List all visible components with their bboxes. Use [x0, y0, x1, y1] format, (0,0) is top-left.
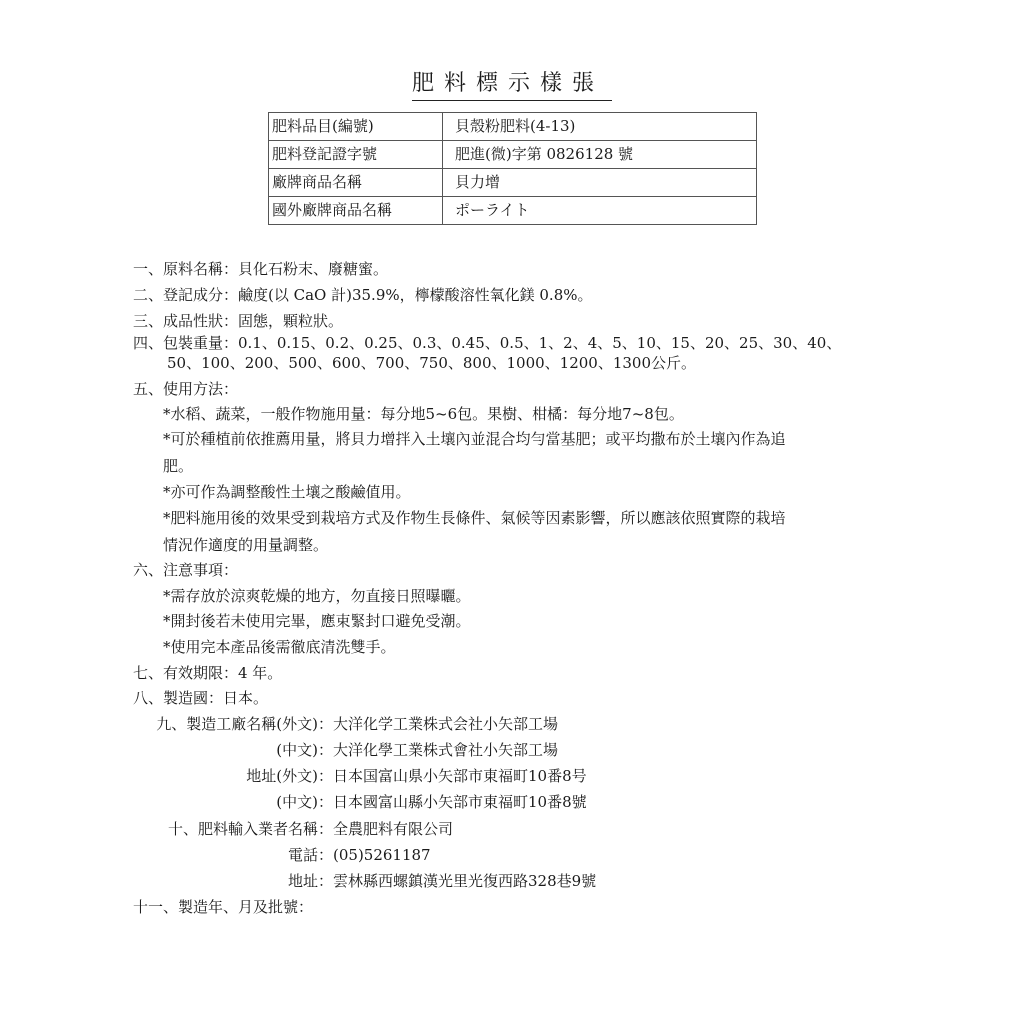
- table-row: 廠牌商品名稱 貝力增: [269, 169, 757, 197]
- table-label: 肥料品目(編號): [269, 113, 443, 141]
- manufacture-date-batch: 十一、製造年、月及批號：: [133, 897, 313, 917]
- package-weights-cont: 50、100、200、500、600、700、750、800、1000、1200…: [167, 353, 696, 373]
- shelf-life: 七、有效期限：4 年。: [133, 663, 282, 683]
- manufacturer-foreign-value: ：大洋化学工業株式会社小矢部工場: [318, 714, 558, 734]
- address-chinese-label: (中文): [133, 792, 318, 812]
- importer-value: ：全農肥料有限公司: [318, 819, 453, 839]
- address-chinese-value: ：日本國富山縣小矢部市東福町10番8號: [318, 792, 587, 812]
- country-of-manufacture: 八、製造國：日本。: [133, 688, 268, 708]
- table-label: 國外廠牌商品名稱: [269, 197, 443, 225]
- manufacturer-foreign-label: 九、製造工廠名稱(外文): [133, 714, 318, 734]
- precautions-heading: 六、注意事項：: [133, 560, 238, 580]
- usage-item: *肥料施用後的效果受到栽培方式及作物生長條件、氣候等因素影響，所以應該依照實際的…: [163, 508, 786, 528]
- product-info-table: 肥料品目(編號) 貝殼粉肥料(4-13) 肥料登記證字號 肥進(微)字第 082…: [268, 112, 757, 225]
- usage-item-cont: 肥。: [163, 456, 193, 476]
- table-row: 肥料品目(編號) 貝殼粉肥料(4-13): [269, 113, 757, 141]
- package-weights: 四、包裝重量：0.1、0.15、0.2、0.25、0.3、0.45、0.5、1、…: [133, 333, 841, 353]
- table-row: 肥料登記證字號 肥進(微)字第 0826128 號: [269, 141, 757, 169]
- importer-label: 十、肥料輸入業者名稱: [133, 819, 318, 839]
- page-title: 肥料標示樣張: [412, 72, 612, 101]
- table-value: 貝力增: [443, 169, 757, 197]
- usage-item: *亦可作為調整酸性土壤之酸鹼值用。: [163, 482, 411, 502]
- table-value: ポーライト: [443, 197, 757, 225]
- registered-ingredients: 二、登記成分：鹼度(以 CaO 計)35.9%，檸檬酸溶性氧化鎂 0.8%。: [133, 285, 593, 305]
- manufacturer-chinese-value: ：大洋化學工業株式會社小矢部工場: [318, 740, 558, 760]
- usage-item: *水稻、蔬菜，一般作物施用量：每分地5~6包。果樹、柑橘：每分地7~8包。: [163, 404, 684, 424]
- address-foreign-value: ：日本国富山県小矢部市東福町10番8号: [318, 766, 587, 786]
- table-row: 國外廠牌商品名稱 ポーライト: [269, 197, 757, 225]
- usage-item-cont: 情況作適度的用量調整。: [163, 535, 328, 555]
- precaution-item: *開封後若未使用完畢，應束緊封口避免受潮。: [163, 611, 471, 631]
- usage-item: *可於種植前依推薦用量，將貝力增拌入土壤內並混合均勻當基肥；或平均撒布於土壤內作…: [163, 429, 786, 449]
- phone-value: ：(05)5261187: [318, 845, 431, 865]
- product-form: 三、成品性狀：固態，顆粒狀。: [133, 311, 343, 331]
- precaution-item: *需存放於涼爽乾燥的地方，勿直接日照曝曬。: [163, 586, 471, 606]
- importer-address-value: ：雲林縣西螺鎮漢光里光復西路328巷9號: [318, 871, 596, 891]
- precaution-item: *使用完本產品後需徹底清洗雙手。: [163, 637, 396, 657]
- importer-address-label: 地址: [133, 871, 318, 891]
- phone-label: 電話: [133, 845, 318, 865]
- usage-heading: 五、使用方法：: [133, 379, 238, 399]
- manufacturer-chinese-label: (中文): [133, 740, 318, 760]
- table-value: 貝殼粉肥料(4-13): [443, 113, 757, 141]
- raw-materials: 一、原料名稱：貝化石粉末、廢糖蜜。: [133, 259, 388, 279]
- table-label: 肥料登記證字號: [269, 141, 443, 169]
- table-value: 肥進(微)字第 0826128 號: [443, 141, 757, 169]
- table-label: 廠牌商品名稱: [269, 169, 443, 197]
- address-foreign-label: 地址(外文): [133, 766, 318, 786]
